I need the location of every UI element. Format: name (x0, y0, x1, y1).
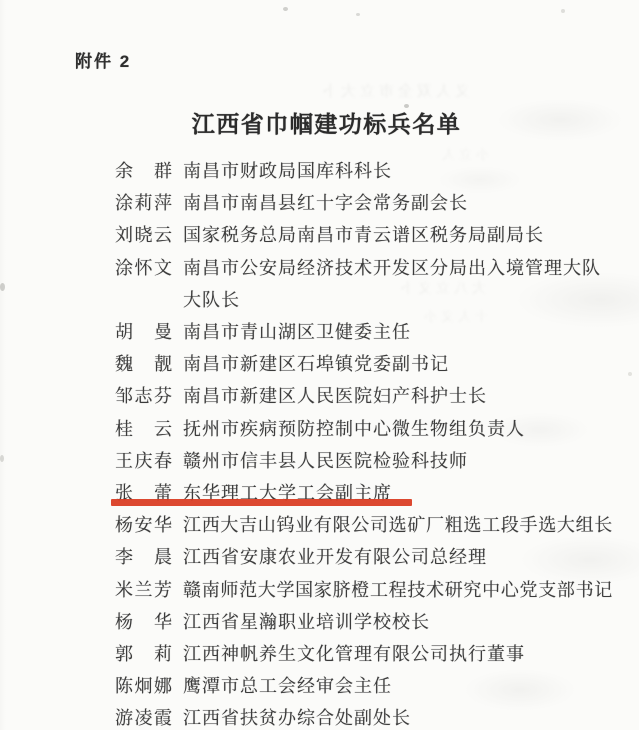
name-char: 娜 (154, 670, 172, 702)
person-name: 邹志芬 (115, 380, 172, 412)
list-item: 杨华江西省星瀚职业培训学校校长 (115, 606, 625, 638)
person-name: 余群 (115, 155, 172, 187)
name-char: 桂 (115, 413, 133, 445)
name-char: 米 (115, 574, 133, 606)
name-char: 云 (154, 413, 172, 445)
name-char: 靓 (154, 348, 172, 380)
person-title: 江西神帆养生文化管理有限公司执行董事 (183, 638, 525, 670)
name-char: 春 (154, 445, 172, 477)
list-item: 王庆春赣州市信丰县人民医院检验科技师 (115, 445, 625, 477)
name-char: 涂 (115, 252, 133, 284)
list-item: 邹志芬南昌市新建区人民医院妇产科护士长 (115, 380, 625, 412)
name-char: 志 (135, 380, 153, 412)
name-char: 李 (115, 541, 133, 573)
list-item: 杨安华江西大吉山钨业有限公司选矿厂粗选工段手选大组长 (115, 509, 625, 541)
name-char: 胡 (115, 316, 133, 348)
person-title: 赣南师范大学国家脐橙工程技术研究中心党支部书记 (183, 574, 613, 606)
person-title: 南昌市南昌县红十字会常务副会长 (183, 187, 468, 219)
name-char: 余 (115, 155, 133, 187)
person-title: 鹰潭市总工会经审会主任 (183, 670, 392, 702)
person-name: 杨华 (115, 606, 172, 638)
person-name: 桂云 (115, 413, 172, 445)
person-name: 郭莉 (115, 638, 172, 670)
bleed-through-text: 义人双全市立大卜 (318, 80, 470, 101)
name-char: 文 (154, 252, 172, 284)
list-item: 涂怀文南昌市公安局经济技术开发区分局出入境管理大队 大队长 (115, 252, 625, 316)
name-char: 安 (135, 509, 153, 541)
list-item: 刘晓云国家税务总局南昌市青云谱区税务局副局长 (115, 219, 625, 251)
page-title: 江西省巾帼建功标兵名单 (0, 106, 639, 139)
person-title: 赣州市信丰县人民医院检验科技师 (183, 445, 468, 477)
scan-speck (561, 9, 565, 13)
person-title: 南昌市公安局经济技术开发区分局出入境管理大队 大队长 (183, 252, 601, 316)
list-item: 桂云抚州市疾病预防控制中心微生物组负责人 (115, 413, 625, 445)
name-char: 涂 (115, 187, 133, 219)
name-char: 华 (154, 606, 172, 638)
person-name: 胡曼 (115, 316, 172, 348)
list-item: 张蕾东华理工大学工会副主席 (115, 477, 625, 509)
scan-speck (0, 455, 4, 462)
person-name: 王庆春 (115, 445, 172, 477)
scan-speck (628, 372, 632, 376)
name-char: 杨 (115, 509, 133, 541)
name-char: 游 (115, 702, 133, 730)
name-char: 兰 (135, 574, 153, 606)
name-char: 魏 (115, 348, 133, 380)
name-char: 邹 (115, 380, 133, 412)
name-char: 芳 (154, 574, 172, 606)
name-char: 曼 (154, 316, 172, 348)
person-name: 游凌霞 (115, 702, 172, 730)
name-char: 萍 (154, 187, 172, 219)
name-char: 华 (154, 509, 172, 541)
name-char: 炯 (135, 670, 153, 702)
scan-speck (356, 13, 360, 16)
person-title: 江西省扶贫办综合处副处长 (183, 702, 411, 730)
list-item: 涂莉萍南昌市南昌县红十字会常务副会长 (115, 187, 625, 219)
red-highlight-underline (111, 499, 412, 506)
person-name: 刘晓云 (115, 219, 172, 251)
list-item: 游凌霞江西省扶贫办综合处副处长 (115, 702, 625, 730)
person-name: 涂莉萍 (115, 187, 172, 219)
name-char: 杨 (115, 606, 133, 638)
name-char: 怀 (135, 252, 153, 284)
person-name: 杨安华 (115, 509, 172, 541)
person-name: 米兰芳 (115, 574, 172, 606)
name-char: 云 (154, 219, 172, 251)
name-char: 芬 (154, 380, 172, 412)
person-title: 国家税务总局南昌市青云谱区税务局副局长 (183, 219, 544, 251)
person-name: 涂怀文 (115, 252, 172, 284)
scan-speck (0, 283, 5, 291)
name-char: 莉 (135, 187, 153, 219)
name-char: 王 (115, 445, 133, 477)
name-char: 刘 (115, 219, 133, 251)
name-char: 莉 (154, 638, 172, 670)
name-char: 群 (154, 155, 172, 187)
person-title: 南昌市新建区人民医院妇产科护士长 (183, 380, 487, 412)
person-title: 江西省星瀚职业培训学校校长 (183, 606, 430, 638)
list-item: 陈炯娜鹰潭市总工会经审会主任 (115, 670, 625, 702)
name-char: 晓 (135, 219, 153, 251)
person-title: 江西大吉山钨业有限公司选矿厂粗选工段手选大组长 (183, 509, 613, 541)
person-title: 南昌市财政局国库科科长 (183, 155, 392, 187)
scan-speck (283, 7, 288, 11)
person-title: 江西省安康农业开发有限公司总经理 (183, 541, 487, 573)
name-char: 霞 (154, 702, 172, 730)
list-item: 郭莉江西神帆养生文化管理有限公司执行董事 (115, 638, 625, 670)
list-item: 米兰芳赣南师范大学国家脐橙工程技术研究中心党支部书记 (115, 574, 625, 606)
list-item: 余群南昌市财政局国库科科长 (115, 155, 625, 187)
name-char: 陈 (115, 670, 133, 702)
name-char: 郭 (115, 638, 133, 670)
person-name: 魏靓 (115, 348, 172, 380)
name-char: 凌 (135, 702, 153, 730)
person-title: 抚州市疾病预防控制中心微生物组负责人 (183, 413, 525, 445)
person-title: 南昌市青山湖区卫健委主任 (183, 316, 411, 348)
name-char: 晨 (154, 541, 172, 573)
person-name: 陈炯娜 (115, 670, 172, 702)
person-title: 南昌市新建区石埠镇党委副书记 (183, 348, 449, 380)
person-name: 李晨 (115, 541, 172, 573)
list-item: 李晨江西省安康农业开发有限公司总经理 (115, 541, 625, 573)
attachment-label: 附件 2 (75, 47, 131, 72)
list-item: 魏靓南昌市新建区石埠镇党委副书记 (115, 348, 625, 380)
name-char: 庆 (135, 445, 153, 477)
list-item: 胡曼南昌市青山湖区卫健委主任 (115, 316, 625, 348)
roster-list: 余群南昌市财政局国库科科长涂莉萍南昌市南昌县红十字会常务副会长刘晓云国家税务总局… (115, 155, 625, 730)
